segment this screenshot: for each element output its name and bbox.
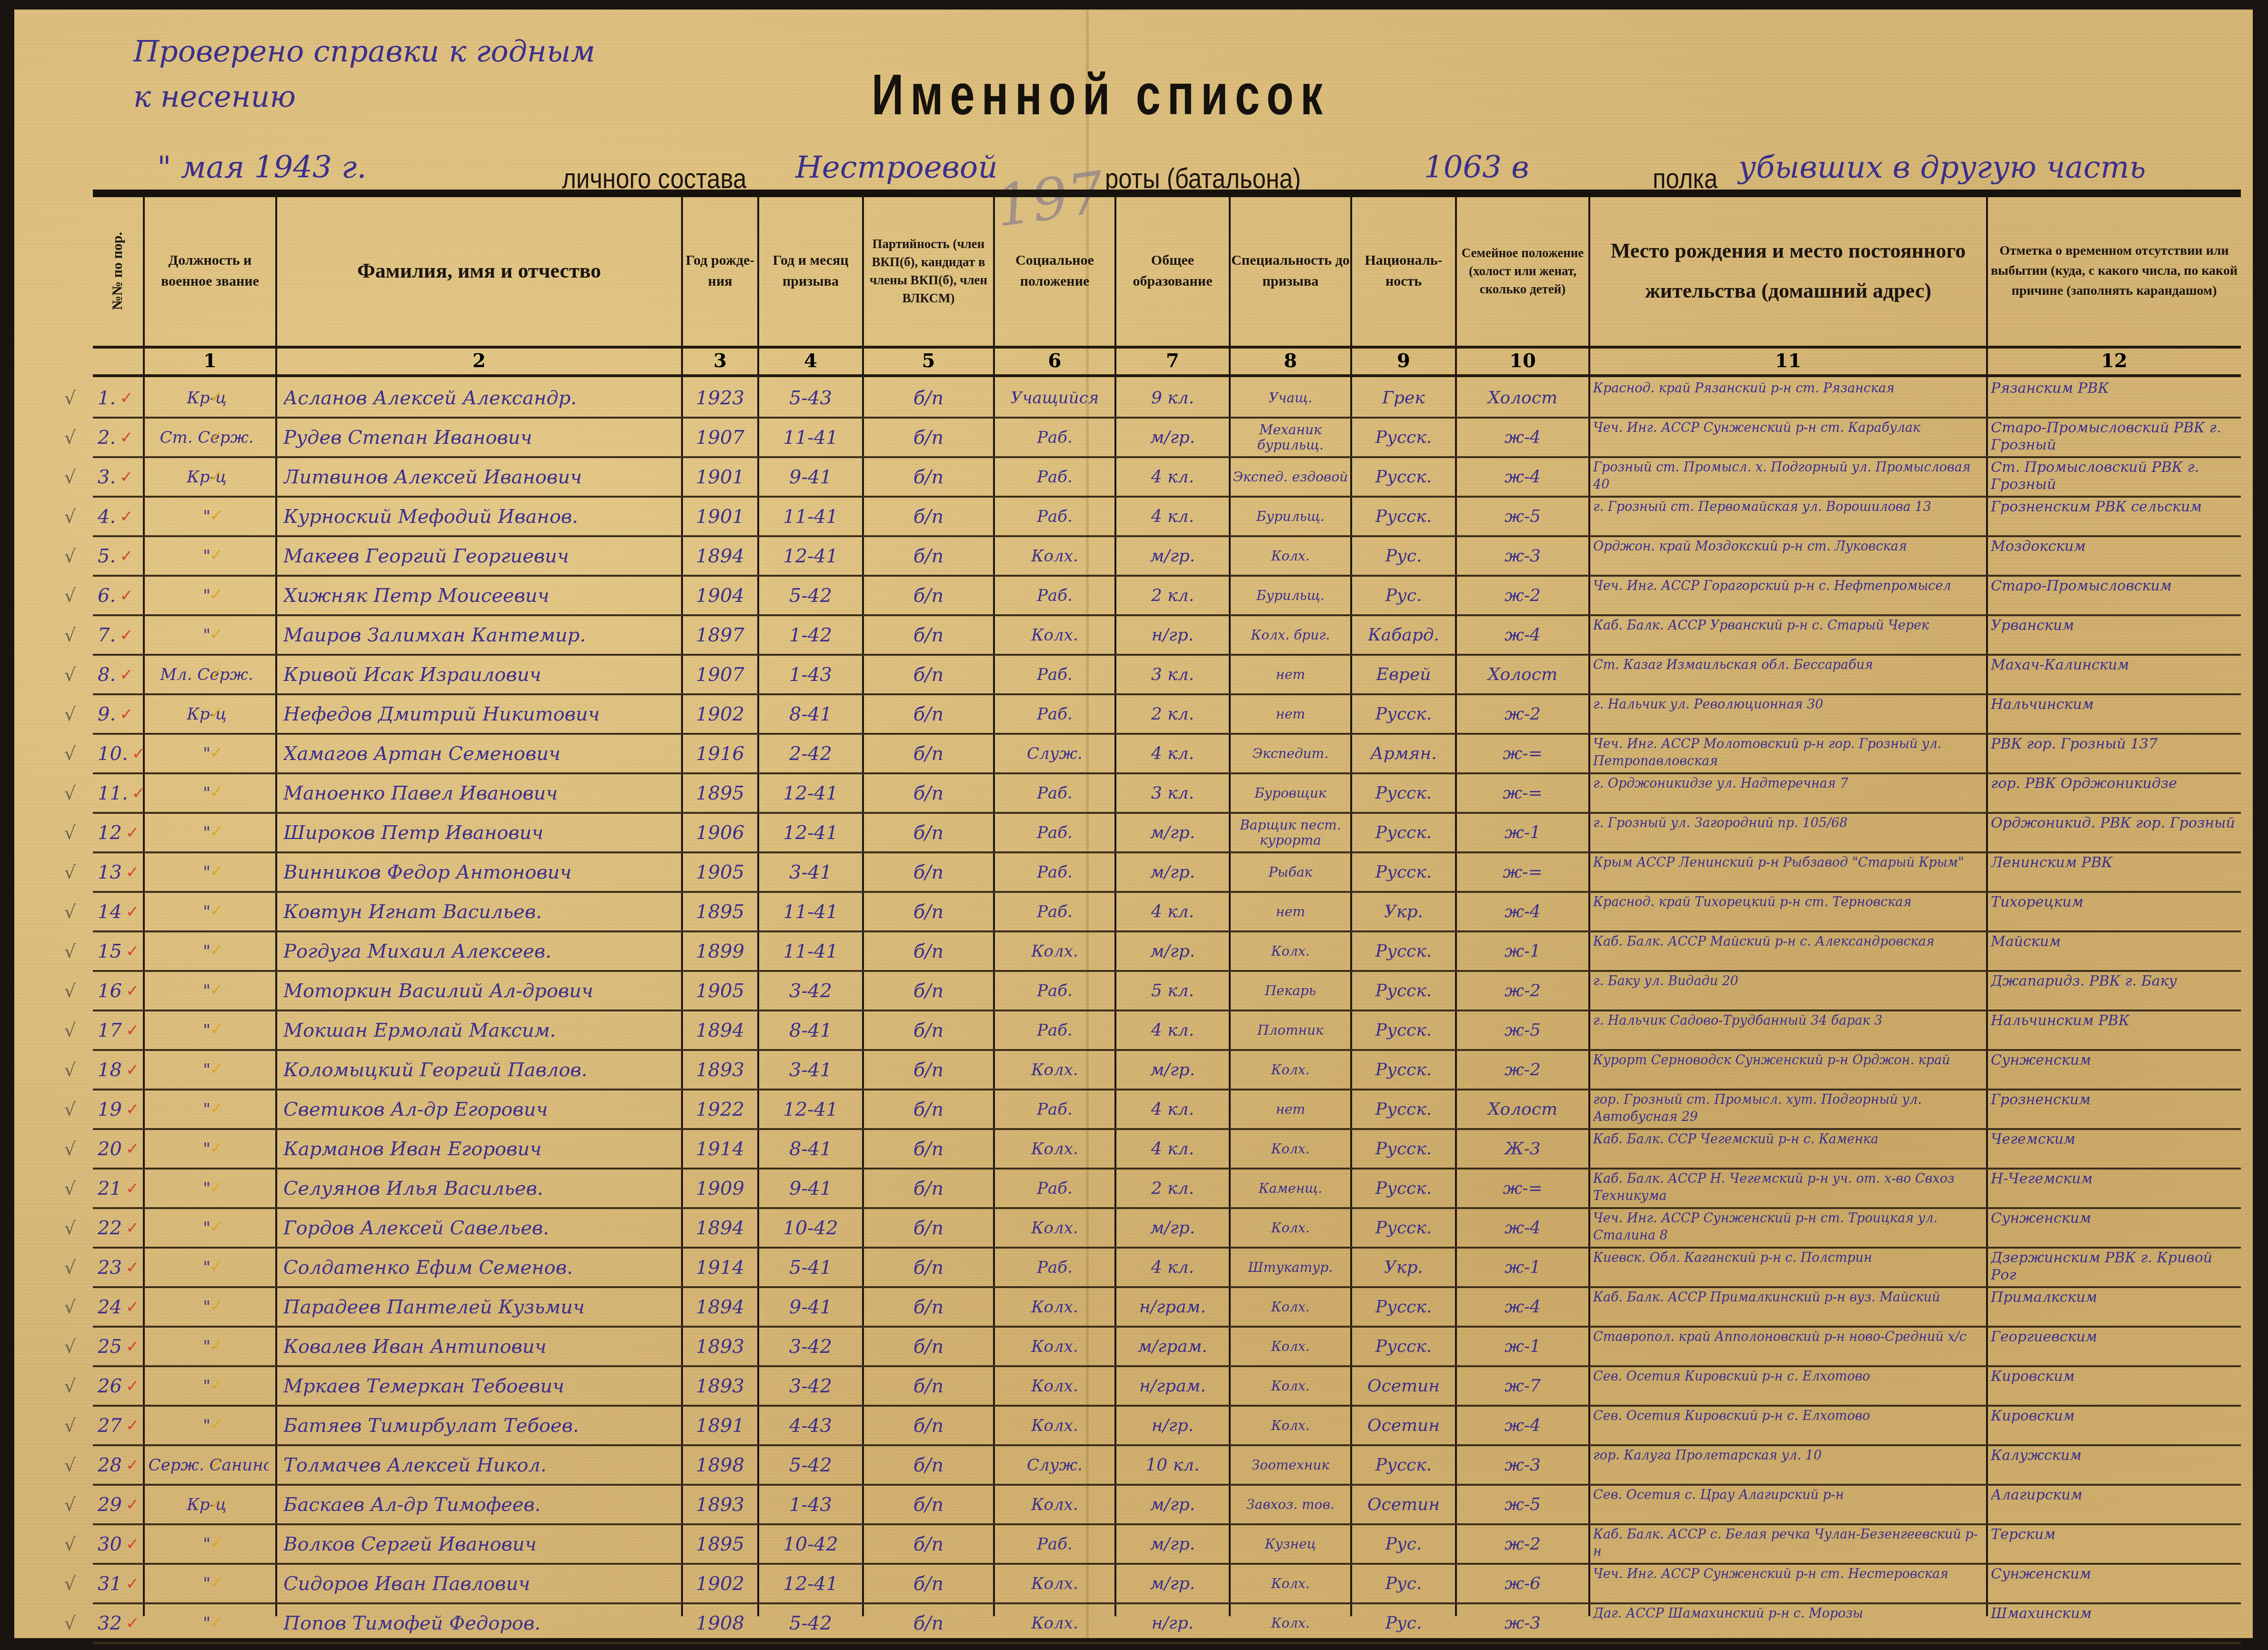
yellow-checkmark-icon: ✓ (210, 585, 223, 604)
home-address: Каб. Балк. АССР Урванский р-н с. Старый … (1593, 616, 1984, 655)
red-checkmark-icon: ✓ (126, 1535, 140, 1554)
table-row: √ 30✓ " ✓ Волков Сергей Иванович 1895 10… (93, 1525, 2241, 1565)
table-row: √ 20✓ " ✓ Карманов Иван Егорович 1914 8-… (93, 1130, 2241, 1170)
education: 2 кл. (1116, 577, 1229, 614)
specialty: нет (1231, 695, 1350, 733)
party: б/п (864, 537, 993, 575)
checkmark-icon: √ (64, 664, 76, 685)
home-address: Чеч. Инг. АССР Сунженский р-н ст. Троицк… (1593, 1209, 1984, 1248)
full-name: Селуянов Илья Васильев. (283, 1170, 681, 1207)
party: б/п (864, 735, 993, 772)
yellow-checkmark-icon: ✓ (210, 1139, 223, 1158)
family-status: ж-4 (1457, 1288, 1588, 1326)
red-checkmark-icon: ✓ (126, 1179, 140, 1198)
birth-year: 1895 (683, 893, 757, 930)
birth-year: 1894 (683, 1288, 757, 1326)
party: б/п (864, 814, 993, 851)
nationality: Русск. (1352, 774, 1455, 812)
checkmark-icon: √ (64, 625, 76, 646)
rank: " (145, 1209, 269, 1247)
checkmark-icon: √ (64, 1099, 76, 1120)
col-header-draft-date: Год и месяц призыва (759, 197, 862, 345)
nationality: Армян. (1352, 735, 1455, 772)
absence-note: Прималкским (1991, 1288, 2238, 1327)
checkmark-icon: √ (64, 1020, 76, 1041)
nationality: Русск. (1352, 458, 1455, 496)
yellow-checkmark-icon: ✓ (210, 1060, 223, 1079)
full-name: Светиков Ал-др Егорович (283, 1090, 681, 1128)
home-address: Каб. Балк. АССР Прималкинский р-н вуз. М… (1593, 1288, 1984, 1327)
draft-date: 5-43 (759, 379, 862, 417)
table-row: √ 22✓ " ✓ Гордов Алексей Савельев. 1894 … (93, 1209, 2241, 1249)
table-row: √ 27✓ " ✓ Батяев Тимирбулат Тебоев. 1891… (93, 1407, 2241, 1446)
nationality: Русск. (1352, 1090, 1455, 1128)
red-checkmark-icon: ✓ (126, 1100, 140, 1119)
party: б/п (864, 1565, 993, 1602)
rank: Ст. Серж. (145, 419, 269, 456)
table-row: √ 15✓ " ✓ Рогдуга Михаил Алексеев. 1899 … (93, 932, 2241, 972)
specialty: Бурильщ. (1231, 498, 1350, 535)
nationality: Русск. (1352, 972, 1455, 1010)
col-num-3: 3 (683, 349, 757, 373)
social-status: Раб. (995, 656, 1114, 693)
party: б/п (864, 1446, 993, 1484)
social-status: Колх. (995, 1130, 1114, 1168)
party: б/п (864, 853, 993, 891)
social-status: Служ. (995, 1446, 1114, 1484)
checkmark-icon: √ (64, 1573, 76, 1594)
full-name: Коломыцкий Георгий Павлов. (283, 1051, 681, 1089)
birth-year: 1897 (683, 616, 757, 654)
full-name: Попов Тимофей Федоров. (283, 1604, 681, 1642)
rank: " (145, 1525, 269, 1563)
specialty: Экспед. ездовой (1231, 458, 1350, 496)
absence-note: Шмахинским (1991, 1604, 2238, 1643)
rank: " (145, 1170, 269, 1207)
specialty: Колх. (1231, 1328, 1350, 1365)
absence-note: Калужским (1991, 1446, 2238, 1485)
yellow-checkmark-icon: ✓ (210, 427, 223, 446)
table-row: √ 23✓ " ✓ Солдатенко Ефим Семенов. 1914 … (93, 1249, 2241, 1288)
specialty: Колх. (1231, 1367, 1350, 1405)
nationality: Русск. (1352, 498, 1455, 535)
yellow-checkmark-icon: ✓ (210, 467, 223, 486)
party: б/п (864, 1170, 993, 1207)
full-name: Маноенко Павел Иванович (283, 774, 681, 812)
margin-note: Проверено справки к годным к несению (133, 29, 610, 119)
rank: " (145, 774, 269, 812)
family-status: ж-2 (1457, 577, 1588, 614)
transfer-note: убывших в другую часть (1738, 150, 2146, 185)
yellow-checkmark-icon: ✓ (210, 546, 223, 565)
absence-note: Урванским (1991, 616, 2238, 655)
birth-year: 1902 (683, 1565, 757, 1602)
checkmark-icon: √ (64, 1218, 76, 1239)
date-value: " мая 1943 г. (157, 150, 367, 185)
full-name: Толмачев Алексей Никол. (283, 1446, 681, 1484)
row-number: 14✓ (98, 893, 143, 930)
yellow-checkmark-icon: ✓ (210, 901, 223, 920)
rank: " (145, 1565, 269, 1602)
party: б/п (864, 1604, 993, 1642)
specialty: Экспедит. (1231, 735, 1350, 772)
nationality: Русск. (1352, 932, 1455, 970)
yellow-checkmark-icon: ✓ (210, 822, 223, 841)
absence-note: Сунженским (1991, 1565, 2238, 1603)
absence-note: Ленинским РВК (1991, 853, 2238, 892)
home-address: Даг. АССР Шамахинский р-н с. Морозы (1593, 1604, 1984, 1643)
party: б/п (864, 1130, 993, 1168)
specialty: Зоотехник (1231, 1446, 1350, 1484)
full-name: Асланов Алексей Александр. (283, 379, 681, 417)
specialty: нет (1231, 656, 1350, 693)
nationality: Осетин (1352, 1367, 1455, 1405)
specialty: Механик бурильщ. (1231, 419, 1350, 456)
col-header-birth-year: Год рожде-ния (683, 197, 757, 345)
social-status: Колх. (995, 1486, 1114, 1523)
home-address: Каб. Балк. АССР Майский р-н с. Александр… (1593, 932, 1984, 971)
party: б/п (864, 498, 993, 535)
absence-note: Кировским (1991, 1367, 2238, 1406)
full-name: Хижняк Петр Моисеевич (283, 577, 681, 614)
col-num-1: 1 (145, 349, 275, 373)
family-status: ж-4 (1457, 419, 1588, 456)
social-status: Раб. (995, 1249, 1114, 1286)
checkmark-icon: √ (64, 1415, 76, 1436)
red-checkmark-icon: ✓ (126, 981, 140, 1000)
specialty: нет (1231, 1090, 1350, 1128)
yellow-checkmark-icon: ✓ (210, 862, 223, 881)
absence-note: Рязанским РВК (1991, 379, 2238, 418)
party: б/п (864, 932, 993, 970)
row-number: 10.✓ (98, 735, 143, 772)
yellow-checkmark-icon: ✓ (210, 704, 223, 723)
party: б/п (864, 1525, 993, 1563)
row-number: 12✓ (98, 814, 143, 851)
home-address: Сев. Осетия с. Црау Алагирский р-н (1593, 1486, 1984, 1524)
absence-note: Алагирским (1991, 1486, 2238, 1524)
row-number: 1.✓ (98, 379, 143, 417)
education: м/гр. (1116, 1486, 1229, 1523)
education: н/гр. (1116, 1407, 1229, 1444)
absence-note: Дзержинским РВК г. Кривой Рог (1991, 1249, 2238, 1287)
yellow-checkmark-icon: ✓ (210, 506, 223, 525)
specialty: Учащ. (1231, 379, 1350, 417)
checkmark-icon: √ (64, 1139, 76, 1160)
birth-year: 1899 (683, 932, 757, 970)
checkmark-icon: √ (64, 941, 76, 962)
full-name: Кривой Исак Израилович (283, 656, 681, 693)
top-rule (93, 190, 2241, 197)
red-checkmark-icon: ✓ (126, 1614, 140, 1633)
red-checkmark-icon: ✓ (120, 665, 133, 684)
party: б/п (864, 1367, 993, 1405)
table-row: √ 32✓ " ✓ Попов Тимофей Федоров. 1908 5-… (93, 1604, 2241, 1644)
rank: " (145, 735, 269, 772)
nationality: Укр. (1352, 1249, 1455, 1286)
specialty: Колх. (1231, 932, 1350, 970)
full-name: Нефедов Дмитрий Никитович (283, 695, 681, 733)
specialty: Колх. бриг. (1231, 616, 1350, 654)
table-row: √ 10.✓ " ✓ Хамагов Артан Семенович 1916 … (93, 735, 2241, 774)
family-status: ж-5 (1457, 1011, 1588, 1049)
col-header-index: №№ по пор. (93, 197, 143, 345)
absence-note: Махач-Калинским (1991, 656, 2238, 694)
yellow-checkmark-icon: ✓ (210, 625, 223, 644)
row-number: 9.✓ (98, 695, 143, 733)
yellow-checkmark-icon: ✓ (210, 783, 223, 802)
nationality: Русск. (1352, 1170, 1455, 1207)
col-num-4: 4 (759, 349, 862, 373)
social-status: Колх. (995, 1328, 1114, 1365)
draft-date: 2-42 (759, 735, 862, 772)
birth-year: 1894 (683, 537, 757, 575)
birth-year: 1909 (683, 1170, 757, 1207)
red-checkmark-icon: ✓ (120, 507, 133, 526)
party: б/п (864, 1090, 993, 1128)
nationality: Кабард. (1352, 616, 1455, 654)
table-row: √ 4.✓ " ✓ Курноский Мефодий Иванов. 1901… (93, 498, 2241, 537)
absence-note: Майским (1991, 932, 2238, 971)
table-row: √ 8.✓ Мл. Серж. ✓ Кривой Исак Израилович… (93, 656, 2241, 695)
draft-date: 10-42 (759, 1525, 862, 1563)
col-header-party: Партийность (член ВКП(б), кандидат в чле… (864, 197, 993, 345)
party: б/п (864, 577, 993, 614)
nationality: Русск. (1352, 695, 1455, 733)
birth-year: 1907 (683, 656, 757, 693)
birth-year: 1894 (683, 1011, 757, 1049)
yellow-checkmark-icon: ✓ (210, 1494, 223, 1513)
full-name: Гордов Алексей Савельев. (283, 1209, 681, 1247)
rank: " (145, 1090, 269, 1128)
home-address: Курорт Серноводск Сунженский р-н Орджон.… (1593, 1051, 1984, 1090)
full-name: Маиров Залимхан Кантемир. (283, 616, 681, 654)
row-number: 32✓ (98, 1604, 143, 1642)
full-name: Ковалев Иван Антипович (283, 1328, 681, 1365)
party: б/п (864, 972, 993, 1010)
birth-year: 1907 (683, 419, 757, 456)
yellow-checkmark-icon: ✓ (210, 980, 223, 1000)
red-checkmark-icon: ✓ (126, 1574, 140, 1593)
table-row: √ 1.✓ Кр-ц ✓ Асланов Алексей Александр. … (93, 379, 2241, 419)
col-num-7: 7 (1116, 349, 1229, 373)
birth-year: 1895 (683, 774, 757, 812)
table-row: √ 26✓ " ✓ Мркаев Темеркан Тебоевич 1893 … (93, 1367, 2241, 1407)
party: б/п (864, 1486, 993, 1523)
education: 2 кл. (1116, 1170, 1229, 1207)
home-address: Чеч. Инг. АССР Сунженский р-н ст. Карабу… (1593, 419, 1984, 457)
specialty: Варщик пест. курорта (1231, 814, 1350, 851)
nationality: Русск. (1352, 1011, 1455, 1049)
social-status: Раб. (995, 577, 1114, 614)
home-address: Крым АССР Ленинский р-н Рыбзавод "Старый… (1593, 853, 1984, 892)
red-checkmark-icon: ✓ (126, 1021, 140, 1040)
rank: Мл. Серж. (145, 656, 269, 693)
absence-note: Чегемским (1991, 1130, 2238, 1169)
red-checkmark-icon: ✓ (120, 586, 133, 605)
education: 3 кл. (1116, 774, 1229, 812)
row-number: 22✓ (98, 1209, 143, 1247)
education: м/грам. (1116, 1328, 1229, 1365)
company-value: Нестроевой (795, 150, 998, 185)
social-status: Колх. (995, 1604, 1114, 1642)
specialty: Буровщик (1231, 774, 1350, 812)
table-row: √ 29✓ Кр-ц ✓ Баскаев Ал-др Тимофеев. 189… (93, 1486, 2241, 1525)
education: 9 кл. (1116, 379, 1229, 417)
specialty: Колх. (1231, 537, 1350, 575)
draft-date: 12-41 (759, 1090, 862, 1128)
home-address: г. Нальчик Садово-Трудбанный 34 барак 3 (1593, 1011, 1984, 1050)
birth-year: 1902 (683, 695, 757, 733)
specialty: Рыбак (1231, 853, 1350, 891)
social-status: Колх. (995, 1367, 1114, 1405)
home-address: Ст. Казаг Измаильская обл. Бессарабия (1593, 656, 1984, 694)
red-checkmark-icon: ✓ (120, 428, 133, 447)
red-checkmark-icon: ✓ (126, 823, 140, 842)
family-status: ж-3 (1457, 1604, 1588, 1642)
full-name: Сидоров Иван Павлович (283, 1565, 681, 1602)
draft-date: 9-41 (759, 1288, 862, 1326)
social-status: Раб. (995, 1011, 1114, 1049)
education: 3 кл. (1116, 656, 1229, 693)
yellow-checkmark-icon: ✓ (210, 1534, 223, 1553)
full-name: Волков Сергей Иванович (283, 1525, 681, 1563)
social-status: Колх. (995, 616, 1114, 654)
checkmark-icon: √ (64, 1060, 76, 1080)
education: 10 кл. (1116, 1446, 1229, 1484)
party: б/п (864, 1011, 993, 1049)
birth-year: 1895 (683, 1525, 757, 1563)
rank: Ст. Серж. Санинстр. (145, 1446, 269, 1484)
full-name: Винников Федор Антонович (283, 853, 681, 891)
home-address: Каб. Балк. АССР с. Белая речка Чулан-Без… (1593, 1525, 1984, 1564)
red-checkmark-icon: ✓ (126, 1219, 140, 1238)
family-status: ж-6 (1457, 1565, 1588, 1602)
family-status: ж-2 (1457, 1051, 1588, 1089)
checkmark-icon: √ (64, 783, 76, 804)
red-checkmark-icon: ✓ (120, 626, 133, 645)
roster-table: №№ по пор. Должность и военное звание Фа… (93, 197, 2241, 1616)
col-num-6: 6 (995, 349, 1114, 373)
checkmark-icon: √ (64, 743, 76, 764)
draft-date: 8-41 (759, 1130, 862, 1168)
rank: " (145, 972, 269, 1010)
birth-year: 1904 (683, 577, 757, 614)
checkmark-icon: √ (64, 862, 76, 883)
birth-year: 1908 (683, 1604, 757, 1642)
yellow-checkmark-icon: ✓ (210, 1455, 223, 1474)
rank: " (145, 1328, 269, 1365)
party: б/п (864, 616, 993, 654)
social-status: Раб. (995, 1525, 1114, 1563)
rank: " (145, 1407, 269, 1444)
education: 4 кл. (1116, 1249, 1229, 1286)
red-checkmark-icon: ✓ (126, 863, 140, 882)
table-row: √ 24✓ " ✓ Парадеев Пантелей Кузьмич 1894… (93, 1288, 2241, 1328)
education: н/гр. (1116, 616, 1229, 654)
draft-date: 12-41 (759, 1565, 862, 1602)
family-status: ж-1 (1457, 1249, 1588, 1286)
yellow-checkmark-icon: ✓ (210, 388, 223, 407)
birth-year: 1893 (683, 1328, 757, 1365)
home-address: Сев. Осетия Кировский р-н с. Елхотово (1593, 1367, 1984, 1406)
col-num-12: 12 (1988, 349, 2240, 373)
party: б/п (864, 458, 993, 496)
full-name: Моторкин Василий Ал-дрович (283, 972, 681, 1010)
draft-date: 12-41 (759, 537, 862, 575)
table-row: √ 17✓ " ✓ Мокшан Ермолай Максим. 1894 8-… (93, 1011, 2241, 1051)
absence-note: Моздокским (1991, 537, 2238, 576)
full-name: Рогдуга Михаил Алексеев. (283, 932, 681, 970)
col-header-education: Общее образование (1116, 197, 1229, 345)
education: м/гр. (1116, 1565, 1229, 1602)
row-number: 15✓ (98, 932, 143, 970)
education: 4 кл. (1116, 1011, 1229, 1049)
row-number: 18✓ (98, 1051, 143, 1089)
social-status: Раб. (995, 498, 1114, 535)
social-status: Учащийся (995, 379, 1114, 417)
row-number: 30✓ (98, 1525, 143, 1563)
family-status: ж-4 (1457, 1407, 1588, 1444)
table-row: √ 31✓ " ✓ Сидоров Иван Павлович 1902 12-… (93, 1565, 2241, 1604)
full-name: Макеев Георгий Георгиевич (283, 537, 681, 575)
absence-note: Сунженским (1991, 1051, 2238, 1090)
party: б/п (864, 656, 993, 693)
party: б/п (864, 1328, 993, 1365)
draft-date: 5-42 (759, 1446, 862, 1484)
nationality: Русск. (1352, 1209, 1455, 1247)
specialty: нет (1231, 893, 1350, 930)
party: б/п (864, 419, 993, 456)
red-checkmark-icon: ✓ (120, 705, 133, 724)
rank: " (145, 1249, 269, 1286)
red-checkmark-icon: ✓ (126, 942, 140, 961)
specialty: Колх. (1231, 1209, 1350, 1247)
absence-note: Старо-Промысловский РВК г. Грозный (1991, 419, 2238, 457)
education: 5 кл. (1116, 972, 1229, 1010)
draft-date: 11-41 (759, 893, 862, 930)
col-num-9: 9 (1352, 349, 1455, 373)
full-name: Баскаев Ал-др Тимофеев. (283, 1486, 681, 1523)
col-num-11: 11 (1590, 349, 1986, 373)
birth-year: 1914 (683, 1130, 757, 1168)
birth-year: 1901 (683, 458, 757, 496)
home-address: Ставропол. край Апполоновский р-н ново-С… (1593, 1328, 1984, 1366)
checkmark-icon: √ (64, 585, 76, 606)
col-header-specialty: Специальность до призыва (1231, 197, 1350, 345)
birth-year: 1906 (683, 814, 757, 851)
education: м/гр. (1116, 1525, 1229, 1563)
document-title: Именной список (872, 62, 1329, 128)
home-address: Сев. Осетия Кировский р-н с. Елхотово (1593, 1407, 1984, 1445)
checkmark-icon: √ (64, 427, 76, 448)
full-name: Широков Петр Иванович (283, 814, 681, 851)
family-status: ж-3 (1457, 537, 1588, 575)
specialty: Колх. (1231, 1288, 1350, 1326)
draft-date: 9-41 (759, 1170, 862, 1207)
checkmark-icon: √ (64, 1494, 76, 1515)
family-status: ж-4 (1457, 458, 1588, 496)
draft-date: 1-43 (759, 656, 862, 693)
yellow-checkmark-icon: ✓ (210, 1218, 223, 1237)
education: 4 кл. (1116, 893, 1229, 930)
party: б/п (864, 695, 993, 733)
rank: " (145, 814, 269, 851)
checkmark-icon: √ (64, 704, 76, 725)
draft-date: 10-42 (759, 1209, 862, 1247)
table-row: √ 18✓ " ✓ Коломыцкий Георгий Павлов. 189… (93, 1051, 2241, 1090)
table-row: √ 14✓ " ✓ Ковтун Игнат Васильев. 1895 11… (93, 893, 2241, 932)
